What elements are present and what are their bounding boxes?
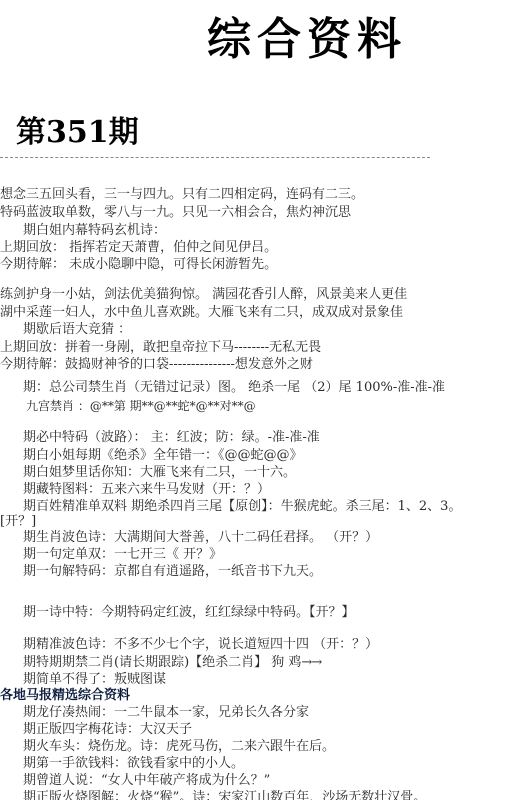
info-line: 期第一手欲钱料：欲钱看家中的小人。 [23, 756, 244, 772]
page-title: 综合资料 [207, 14, 407, 66]
current-riddle-line: 今期待解：鼓捣财神爷的口袋---------------想发意外之财 [0, 357, 313, 373]
poem-line: 练剑护身一小姑，剑法优美猫狗惊。 满园花香引人醉，风景美来人更佳 [0, 287, 407, 303]
info-line: 期正版四字梅花诗：大汉天子 [23, 722, 192, 738]
arrow-icon: →→ [301, 655, 321, 670]
info-line: 期一句定单双：一七开三《 开？》 [23, 547, 222, 563]
poem-line: 想念三五回头看，三一与四九。只有二四相定码，连码有二三。 [0, 187, 364, 203]
current-riddle-line: 今期待解： 未成小隐聊中隐，可得长闲游暂先。 [0, 257, 277, 273]
info-line: 期必中特码（波路）： 主：红波；防：绿。-准-准-准 [23, 430, 320, 446]
poem-line: 湖中采莲一妇人，水中鱼儿喜欢跳。大雁飞来有二只，成双成对景象佳 [0, 305, 403, 321]
info-line: 期简单不得了：叛贼图谋 [23, 672, 166, 688]
info-line: 期特期期禁二肖(请长期跟踪)【绝杀二肖】 狗 鸡→→ [23, 655, 321, 671]
previous-review-line: 上期回放：拼着一身剐，敢把皇帝拉下马--------无私无畏 [0, 340, 321, 356]
info-line: 期龙仔凑热闹：一二牛鼠本一家，兄弟长久各分家 [23, 705, 309, 721]
info-line: 期正版火烧图解：火烧“猴”。诗：宋家江山数百年，沙场无数壮汉骨。 [23, 790, 426, 800]
forbidden-two-zodiac-text: 期特期期禁二肖(请长期跟踪)【绝杀二肖】 狗 鸡 [23, 655, 301, 670]
poem-line: 特码蓝波取单数，零八与一九。只见一六相会合，焦灼神沉思 [0, 205, 351, 221]
dashed-divider [0, 157, 430, 158]
issue-number: 第351期 [16, 114, 139, 152]
info-line: 期白小姐每期《绝杀》全年错一：《@@蛇@@》 [23, 448, 303, 464]
info-line: 期曾道人说：“女人中年破产将成为什么？” [23, 773, 270, 789]
previous-review-line: 上期回放： 指挥若定天萧曹，伯仲之间见伊吕。 [0, 240, 277, 256]
forbidden-zodiac-line: 期：总公司禁生肖（无错过记录）图。 绝杀一尾 （2）尾 100%-准-准-准 [23, 380, 445, 396]
info-line: [开？] [0, 514, 36, 530]
nine-palace-line: 九宫禁肖 ：@**第 期**@**蛇*@**对**@ [26, 398, 256, 414]
section-label: 期白姐内幕特码玄机诗： [23, 223, 166, 239]
info-line: 期精准波色诗：不多不少七个字，说长道短四十四 （开：？） [23, 637, 378, 653]
info-line: 期白姐梦里话你知：大雁飞来有二只，一十六。 [23, 465, 296, 481]
info-line: 期一诗中特：今期特码定红波，红红绿绿中特码。【开？】 [23, 605, 355, 621]
info-line: 期火车头：烧伤龙。诗：虎死马伤，二来六跟牛在后。 [23, 739, 335, 755]
info-line: 期生肖波色诗：大满期间大誉善，八十二码任君择。 （开？） [23, 530, 378, 546]
section-heading: 各地马报精选综合资料 [0, 688, 130, 704]
section-label: 期歇后语大竞猜 ： [23, 322, 131, 338]
info-line: 期藏特图料：五来六来牛马发财（开：？） [23, 482, 270, 498]
info-line: 期百姓精准单双料 期绝杀四肖三尾【原创】：牛猴虎蛇。杀三尾：1、2、3。 [23, 499, 461, 515]
info-line: 期一句解特码：京都自有逍遥路，一纸音书下九天。 [23, 564, 322, 580]
